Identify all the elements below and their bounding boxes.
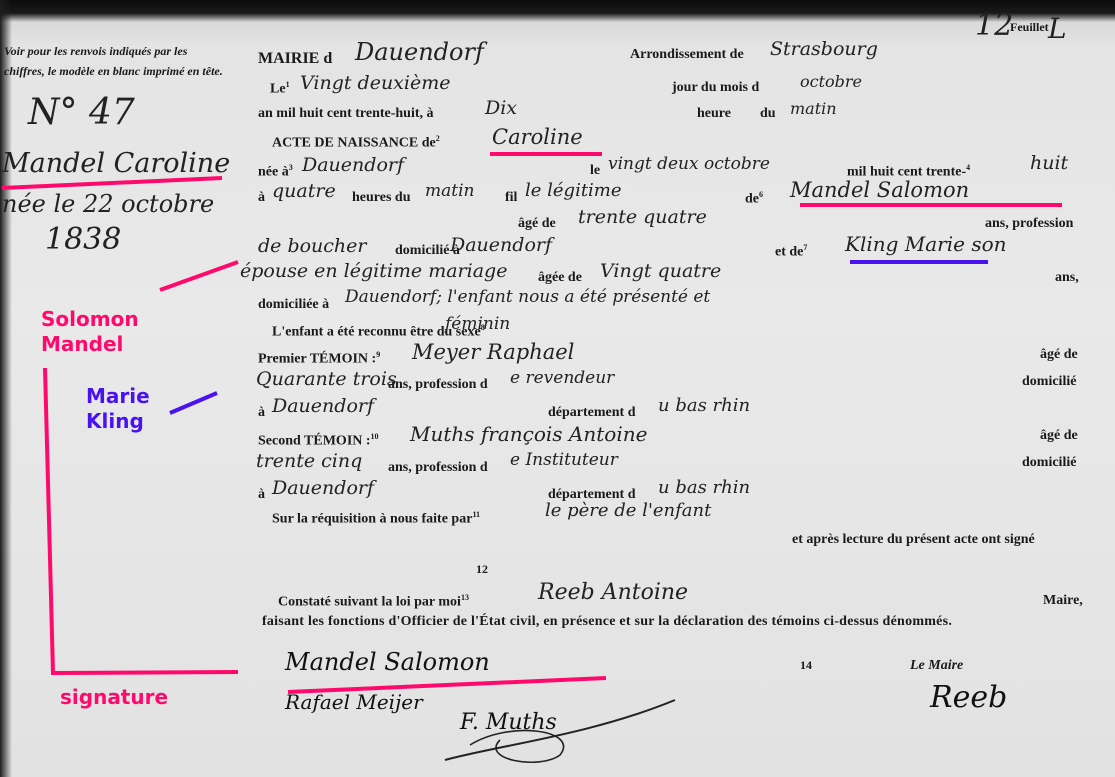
underline-margin-name [2, 178, 222, 188]
label-marie-line1: Marie [86, 384, 150, 409]
annotation-overlay [0, 0, 1115, 777]
pointer-solomon [160, 262, 238, 290]
pointer-marie [170, 393, 217, 413]
label-solomon-line2: Mandel [41, 332, 139, 357]
label-signature: signature [60, 685, 168, 710]
label-marie-kling: Marie Kling [86, 384, 150, 434]
label-solomon-line1: Solomon [41, 307, 139, 332]
label-solomon-mandel: Solomon Mandel [41, 307, 139, 357]
label-marie-line2: Kling [86, 409, 150, 434]
underline-signature [288, 678, 606, 692]
